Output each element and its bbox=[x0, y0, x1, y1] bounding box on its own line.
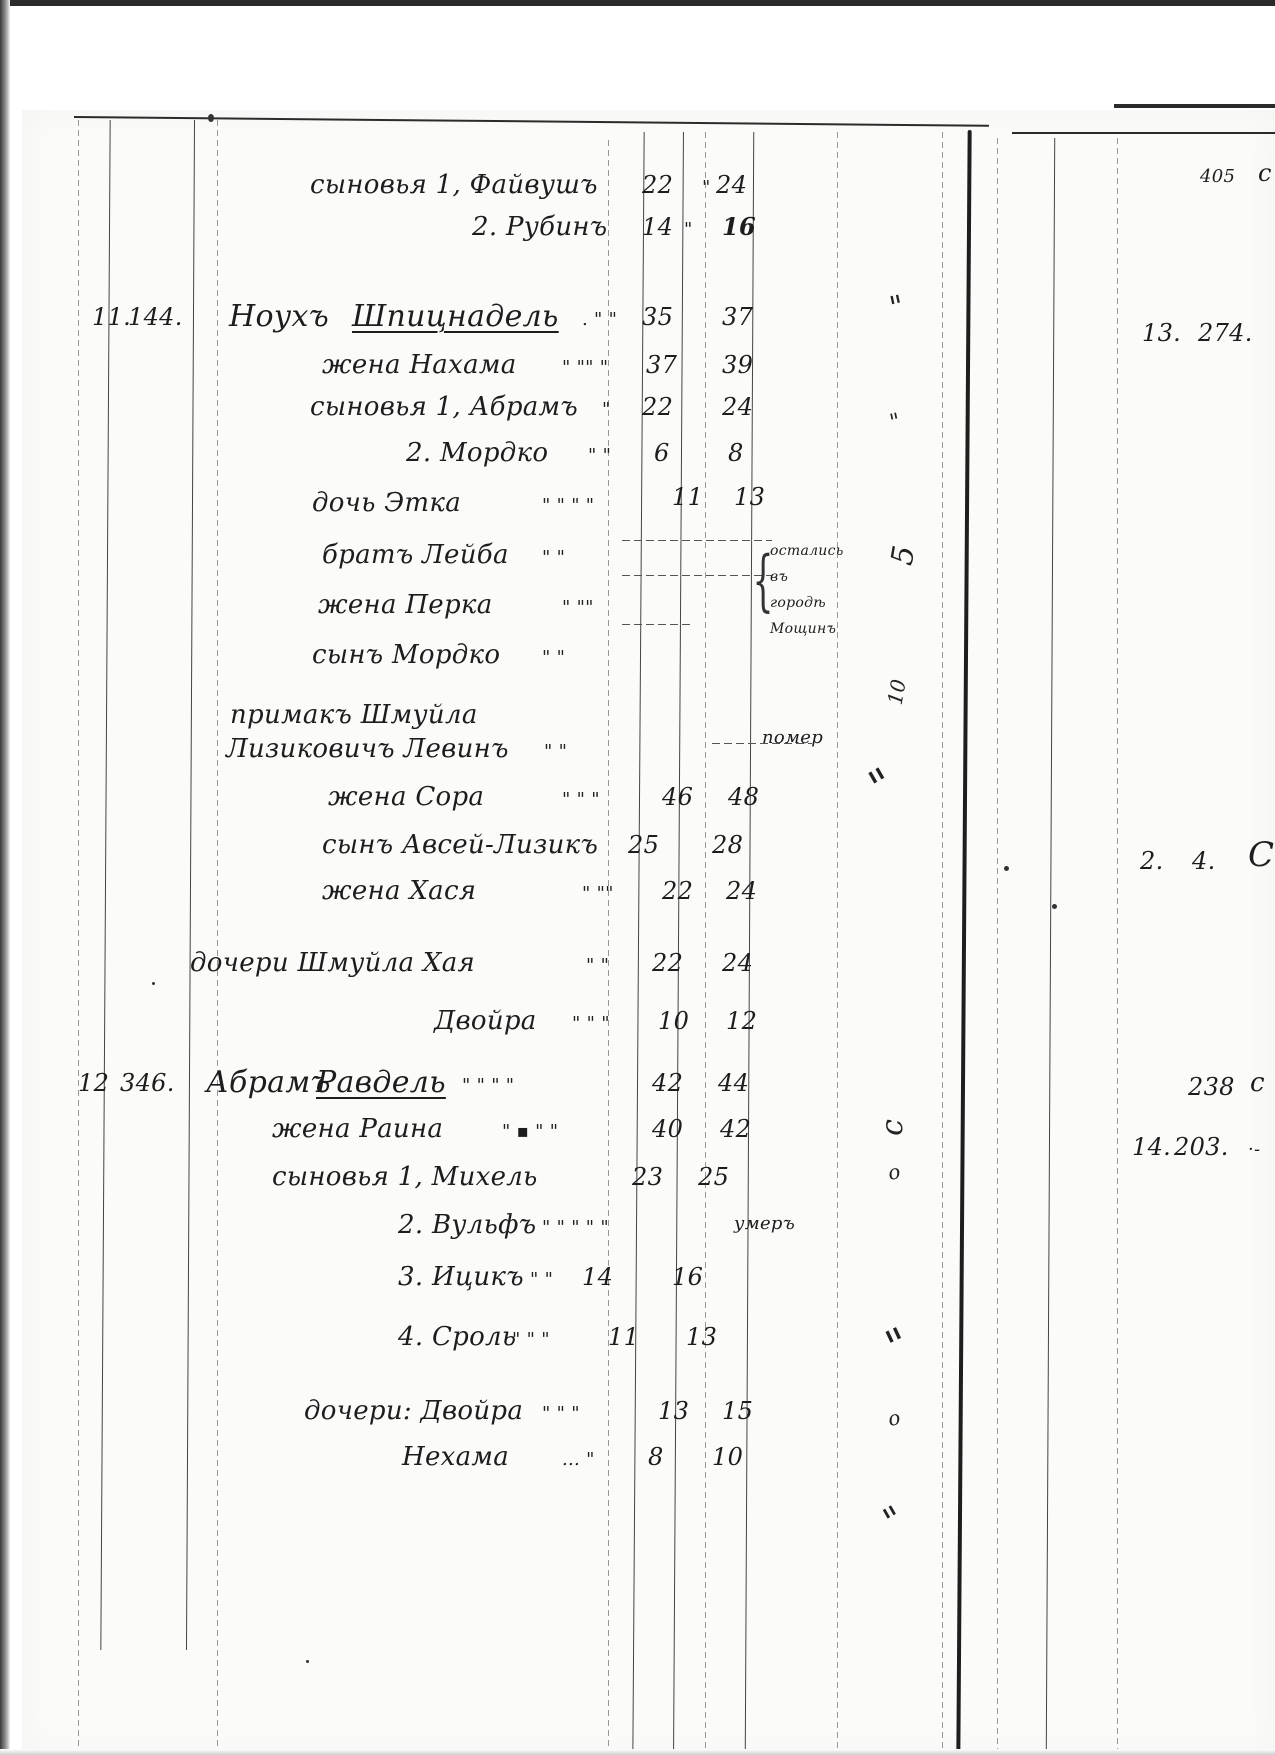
right-page-family-number: 2. bbox=[1140, 846, 1164, 876]
filler-marks: " " " bbox=[542, 1404, 580, 1424]
filler-marks: " " bbox=[588, 446, 611, 466]
age-cell-1: 23 bbox=[632, 1162, 663, 1192]
remark-cell: умеръ bbox=[734, 1214, 795, 1234]
age-cell-2: 8 bbox=[728, 438, 744, 468]
name-cell: 2. Рубинъ bbox=[472, 212, 607, 242]
ink-speck bbox=[306, 1660, 309, 1663]
filler-marks: " "" " bbox=[562, 358, 608, 378]
age-cell-1: 11 bbox=[672, 482, 703, 512]
head-of-household-given-name: Абрамъ bbox=[206, 1068, 331, 1098]
filler-marks: " " " bbox=[572, 1014, 610, 1034]
age-cell-1: 46 bbox=[662, 782, 693, 812]
name-cell: дочери: Двойра bbox=[304, 1396, 523, 1426]
tally-mark: " bbox=[861, 758, 904, 812]
tally-mark: o bbox=[886, 1159, 903, 1185]
name-cell: дочери Шмуйла Хая bbox=[190, 948, 475, 978]
age-cell-1: 13 bbox=[658, 1396, 689, 1426]
header-rule-right bbox=[1012, 132, 1275, 134]
house-number: 346. bbox=[120, 1068, 175, 1098]
column-rule-family bbox=[100, 120, 110, 1650]
name-cell: жена Нахама bbox=[322, 350, 517, 380]
name-cell: братъ Лейба bbox=[322, 540, 509, 570]
right-page-family-number: 13. bbox=[1142, 318, 1181, 348]
tally-mark: " bbox=[877, 1499, 912, 1543]
name-cell: дочь Этка bbox=[312, 488, 461, 518]
head-of-household-surname: Шпицнадель bbox=[352, 302, 559, 332]
age-cell-2: 13 bbox=[734, 482, 765, 512]
tally-mark: o bbox=[886, 1405, 903, 1431]
name-cell: сыновья 1, Абрамъ bbox=[310, 392, 578, 422]
age-cell-1: 40 bbox=[652, 1114, 683, 1144]
age-cell-2: 15 bbox=[722, 1396, 753, 1426]
age-cell-1: 8 bbox=[648, 1442, 664, 1472]
header-rule-far-right bbox=[1114, 104, 1275, 108]
age-cell-1: 14 bbox=[642, 212, 673, 242]
right-page-trail: c bbox=[1250, 1068, 1265, 1098]
column-rule-name-right bbox=[608, 140, 609, 1755]
name-cell-line-2: Лизиковичъ Левинъ bbox=[226, 734, 509, 764]
age-cell-1: 25 bbox=[628, 830, 659, 860]
column-rule-right-a bbox=[997, 138, 998, 1755]
ink-speck bbox=[208, 114, 214, 122]
age-cell-2: 24 bbox=[722, 948, 753, 978]
family-number: 12 bbox=[78, 1068, 109, 1098]
age-cell-2: 24 bbox=[726, 876, 757, 906]
column-rule-house bbox=[186, 120, 195, 1650]
name-cell: 2. Вульфъ bbox=[398, 1210, 536, 1240]
name-cell: жена Перка bbox=[318, 590, 493, 620]
filler-marks: " " bbox=[542, 648, 565, 668]
ink-speck bbox=[1004, 866, 1009, 871]
name-cell: жена Хася bbox=[322, 876, 476, 906]
right-page-house-number: 238 bbox=[1188, 1072, 1235, 1102]
sub-rule-2 bbox=[622, 575, 772, 576]
column-rule-tally bbox=[942, 132, 943, 1755]
remark-cell: помер bbox=[762, 728, 823, 748]
age-cell-2: 16 bbox=[672, 1262, 703, 1292]
column-rule-margin bbox=[78, 120, 79, 1755]
age-cell-1: 10 bbox=[658, 1006, 689, 1036]
filler-marks: " "" bbox=[582, 884, 614, 904]
column-rule-remark bbox=[837, 132, 838, 1755]
filler-marks: " " bbox=[542, 548, 565, 568]
house-number: 144. bbox=[128, 302, 183, 332]
age-cell-2: 37 bbox=[722, 302, 753, 332]
age-cell-1: 22 bbox=[642, 170, 673, 200]
name-cell: Нехама bbox=[402, 1442, 509, 1472]
age-cell-1: 22 bbox=[662, 876, 693, 906]
page-fold-binding bbox=[956, 130, 971, 1755]
column-rule-name-left bbox=[217, 120, 218, 1755]
tally-mark: 10 bbox=[883, 677, 911, 706]
name-cell: 3. Ицикъ bbox=[398, 1262, 524, 1292]
right-page-house-number: 4. bbox=[1192, 846, 1216, 876]
ink-speck bbox=[152, 982, 155, 985]
filler-marks: " " " " bbox=[462, 1076, 514, 1096]
right-page-trail: C bbox=[1248, 840, 1274, 870]
age-cell-2: 39 bbox=[722, 350, 753, 380]
age-cell-2: 24 bbox=[722, 392, 753, 422]
age-cell-2: 28 bbox=[712, 830, 743, 860]
age-cell-2: 10 bbox=[712, 1442, 743, 1472]
remark-cell: остались въ городѣ Мощинъ bbox=[770, 538, 840, 642]
filler-marks: " bbox=[702, 178, 711, 198]
age-cell-2: 25 bbox=[698, 1162, 729, 1192]
column-rule-right-b bbox=[1046, 138, 1055, 1755]
filler-marks: " bbox=[684, 220, 693, 240]
right-page-house-number: 274. bbox=[1198, 318, 1253, 348]
age-cell-2: 48 bbox=[728, 782, 759, 812]
age-cell-1: 42 bbox=[652, 1068, 683, 1098]
name-cell-line-1: примакъ Шмуйла bbox=[230, 700, 478, 730]
name-cell: сынъ Авсей-Лизикъ bbox=[322, 830, 598, 860]
name-cell: 2. Мордко bbox=[406, 438, 548, 468]
name-cell: сыновья 1, Файвушъ bbox=[310, 170, 598, 200]
scan-top-border bbox=[0, 0, 1275, 6]
filler-marks: " " " " " bbox=[542, 1218, 609, 1238]
family-number: 11. bbox=[92, 302, 131, 332]
right-page-trail: ·- bbox=[1248, 1140, 1260, 1160]
tally-mark: " bbox=[878, 1318, 918, 1373]
name-cell: сыновья 1, Михель bbox=[272, 1162, 538, 1192]
filler-marks: " ▪ " " bbox=[502, 1122, 558, 1142]
age-cell-2: 44 bbox=[718, 1068, 749, 1098]
tally-mark: 5 bbox=[885, 543, 923, 568]
right-page-house-number: 203. bbox=[1174, 1132, 1229, 1162]
age-cell-2: 24 bbox=[716, 170, 747, 200]
age-cell-1: 14 bbox=[582, 1262, 613, 1292]
filler-marks: " " " bbox=[562, 790, 600, 810]
scan-bottom-border bbox=[0, 1749, 1275, 1755]
filler-marks: " " " bbox=[512, 1330, 550, 1350]
name-cell: 4. Сроль bbox=[398, 1322, 516, 1352]
name-cell: сынъ Мордко bbox=[312, 640, 500, 670]
filler-marks: " " bbox=[530, 1270, 553, 1290]
age-cell-1: 6 bbox=[654, 438, 670, 468]
column-rule-age2 bbox=[705, 132, 706, 1755]
name-cell: Двойра bbox=[434, 1006, 537, 1036]
tally-mark: " bbox=[887, 289, 908, 326]
age-cell-2: 12 bbox=[726, 1006, 757, 1036]
column-rule-right-c bbox=[1117, 138, 1118, 1755]
sub-rule-3 bbox=[622, 624, 692, 625]
right-page-trail: c bbox=[1258, 158, 1272, 188]
scan-left-border bbox=[0, 0, 10, 1755]
filler-marks: " " " " bbox=[542, 496, 594, 516]
age-cell-1: 11 bbox=[608, 1322, 639, 1352]
filler-marks: " " bbox=[544, 742, 567, 762]
filler-marks: " " bbox=[586, 956, 609, 976]
name-cell: жена Раина bbox=[272, 1114, 443, 1144]
tally-mark: c bbox=[875, 1119, 910, 1136]
right-page-house-number: 405 bbox=[1200, 162, 1235, 192]
age-cell-2: 13 bbox=[686, 1322, 717, 1352]
filler-marks: . " " bbox=[582, 310, 617, 330]
column-rule-age1 bbox=[632, 132, 644, 1755]
sub-rule-1 bbox=[622, 540, 772, 541]
tally-mark: " bbox=[888, 409, 903, 436]
filler-marks: " bbox=[602, 400, 611, 420]
right-page-family-number: 14. bbox=[1132, 1132, 1171, 1162]
age-cell-2: 16 bbox=[722, 212, 756, 242]
ledger-page: сыновья 1, Файвушъ " 22 24 2. Рубинъ " 1… bbox=[22, 110, 1275, 1755]
head-of-household-given-name: Ноухъ bbox=[229, 302, 329, 332]
filler-marks: ... " bbox=[562, 1450, 595, 1470]
name-cell: жена Сора bbox=[328, 782, 484, 812]
head-of-household-surname: Равдель bbox=[316, 1068, 446, 1098]
ink-speck bbox=[1052, 904, 1057, 909]
filler-marks: " "" bbox=[562, 598, 594, 618]
age-cell-1: 22 bbox=[642, 392, 673, 422]
age-cell-2: 42 bbox=[720, 1114, 751, 1144]
age-cell-1: 22 bbox=[652, 948, 683, 978]
age-cell-1: 35 bbox=[642, 302, 673, 332]
age-cell-1: 37 bbox=[646, 350, 677, 380]
